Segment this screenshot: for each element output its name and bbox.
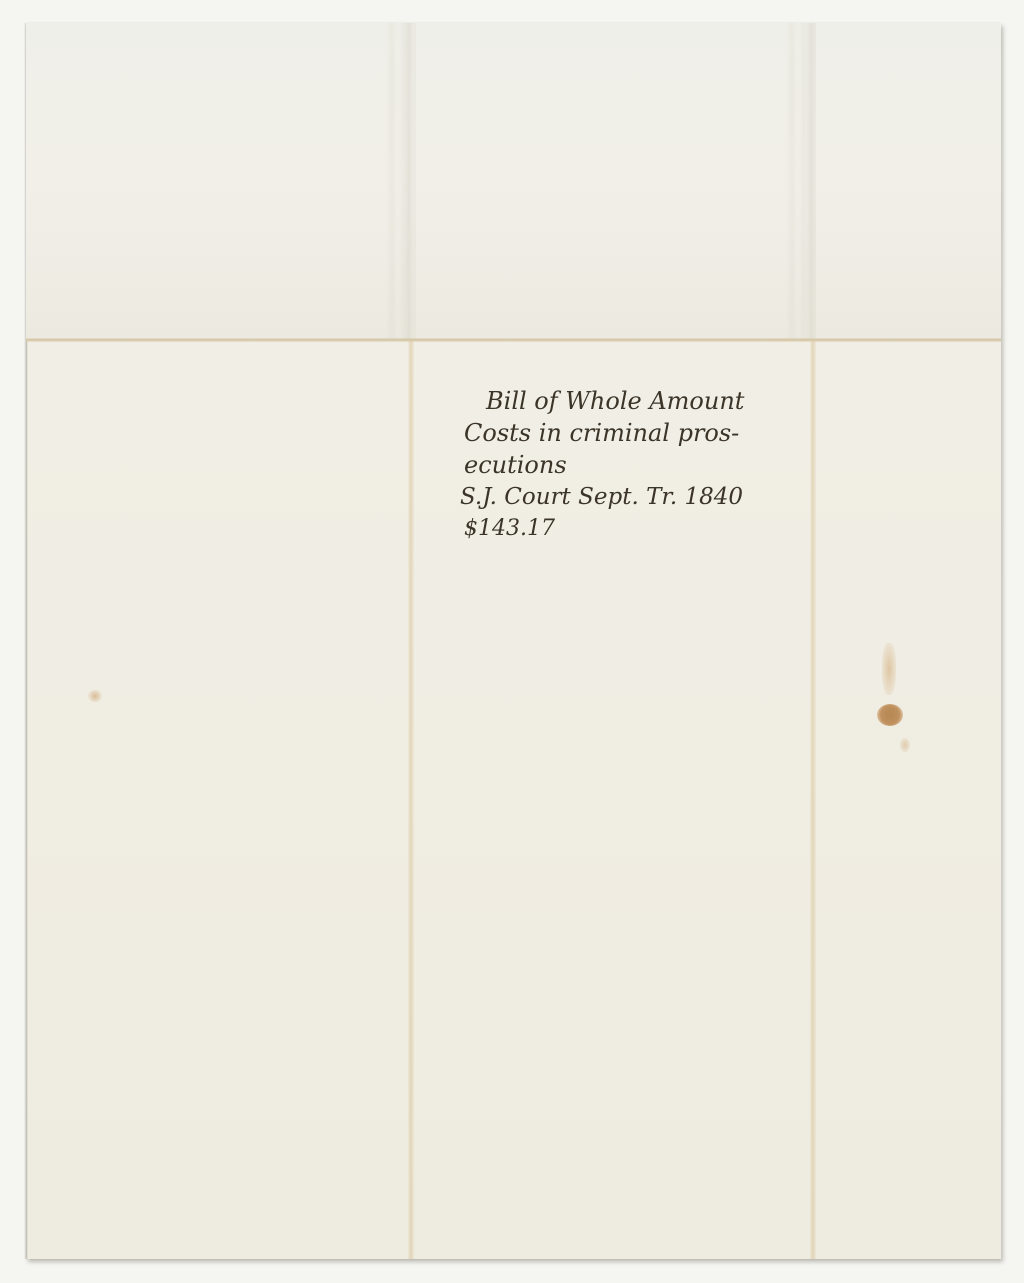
top-fold-panel [26,23,1001,340]
foxing-stain-right-dot [877,704,903,726]
docket-endorsement: Bill of Whole Amount Costs in criminal p… [460,385,820,545]
docket-line-court-term: S.J. Court Sept. Tr. 1840 [460,481,820,513]
fold-line-horizontal [26,338,1001,342]
docket-line-costs: Costs in criminal pros- [460,417,820,449]
paper-sheet: Bill of Whole Amount Costs in criminal p… [26,23,1001,1259]
foxing-stain-right-drip [882,643,896,695]
fold-line-vertical-left [408,341,414,1259]
scan-background: Bill of Whole Amount Costs in criminal p… [0,0,1024,1283]
docket-line-title: Bill of Whole Amount [460,385,820,417]
foxing-stain-right-small [900,738,910,752]
foxing-stain-left [88,690,102,702]
fold-line-vertical-top-right [806,23,816,341]
fold-line-vertical-top-left [404,23,414,341]
docket-line-ecutions: ecutions [460,449,820,481]
docket-line-amount: $143.17 [460,513,820,545]
